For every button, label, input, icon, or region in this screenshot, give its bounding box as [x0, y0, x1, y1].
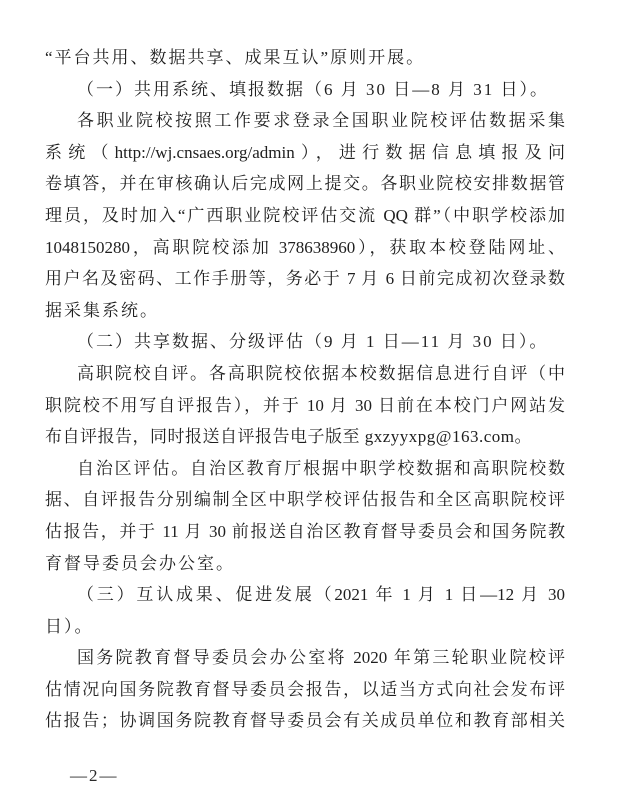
body-text: “平台共用、数据共享、成果互认”原则开展。 （一）共用系统、填报数据（6 月 3… [45, 42, 565, 737]
text-line: 据采集系统。 [45, 295, 565, 327]
text-line: 布自评报告，同时报送自评报告电子版至 gxzyyxpg@163.com。 [45, 421, 565, 453]
text-line: （一）共用系统、填报数据（6 月 30 日—8 月 31 日）。 [45, 74, 565, 106]
text-line: 育督导委员会办公室。 [45, 548, 565, 580]
document-page: “平台共用、数据共享、成果互认”原则开展。 （一）共用系统、填报数据（6 月 3… [0, 0, 622, 801]
text-line: 卷填答，并在审核确认后完成网上提交。各职业院校安排数据管 [45, 168, 565, 200]
text-line: 国务院教育督导委员会办公室将 2020 年第三轮职业院校评 [45, 642, 565, 674]
text-line: 系统（http://wj.cnsaes.org/admin），进行数据信息填报及… [45, 137, 565, 169]
text-line: 估报告，并于 11 月 30 前报送自治区教育督导委员会和国务院教 [45, 516, 565, 548]
text-line: 各职业院校按照工作要求登录全国职业院校评估数据采集 [45, 105, 565, 137]
text-line: “平台共用、数据共享、成果互认”原则开展。 [45, 42, 565, 74]
text-line: （二）共享数据、分级评估（9 月 1 日—11 月 30 日）。 [45, 326, 565, 358]
page-number: —2— [70, 766, 119, 786]
text-line: 理员，及时加入“广西职业院校评估交流 QQ 群”（中职学校添加 [45, 200, 565, 232]
text-line: 自治区评估。自治区教育厅根据中职学校数据和高职院校数 [45, 453, 565, 485]
text-line: 估情况向国务院教育督导委员会报告，以适当方式向社会发布评 [45, 674, 565, 706]
text-line: 高职院校自评。各高职院校依据本校数据信息进行自评（中 [45, 358, 565, 390]
text-line: 据、自评报告分别编制全区中职学校评估报告和全区高职院校评 [45, 484, 565, 516]
text-line: 日）。 [45, 611, 565, 643]
text-line: 职院校不用写自评报告），并于 10 月 30 日前在本校门户网站发 [45, 390, 565, 422]
text-line: 估报告；协调国务院教育督导委员会有关成员单位和教育部相关 [45, 705, 565, 737]
text-line: 用户名及密码、工作手册等，务必于 7 月 6 日前完成初次登录数 [45, 263, 565, 295]
text-line: 1048150280，高职院校添加 378638960），获取本校登陆网址、 [45, 232, 565, 264]
text-line: （三）互认成果、促进发展（2021 年 1 月 1 日—12 月 30 [45, 579, 565, 611]
